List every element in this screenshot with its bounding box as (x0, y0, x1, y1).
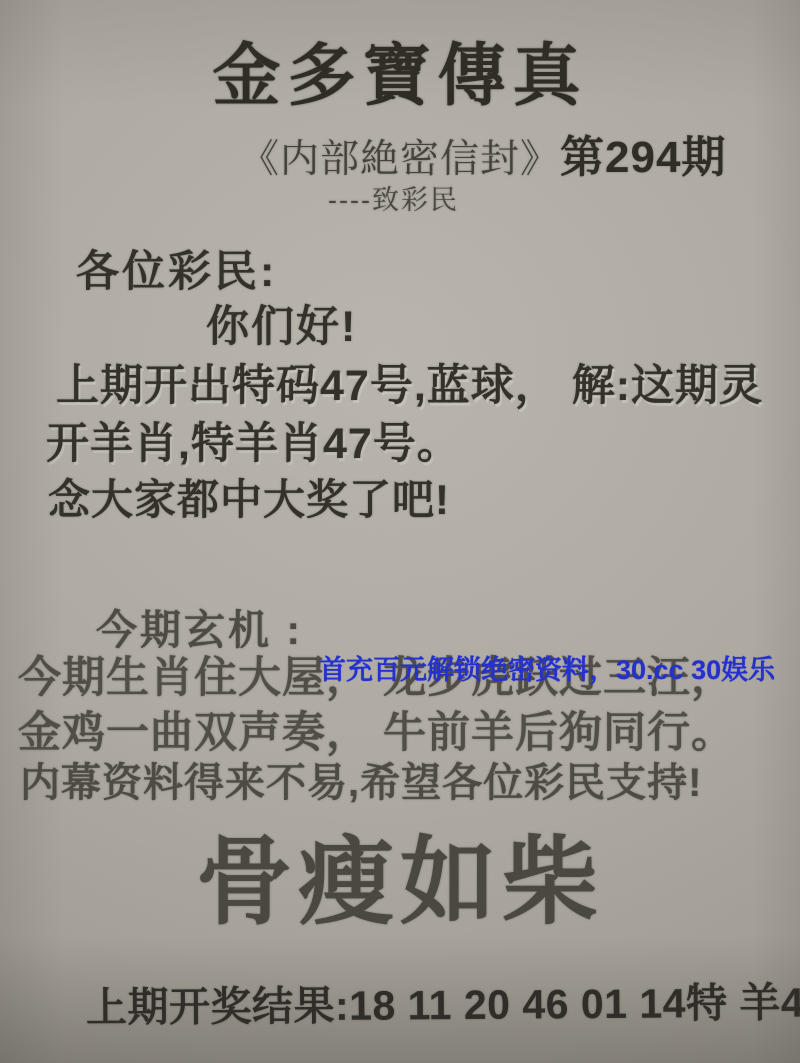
last-draw-results: 上期开奖结果:18 11 20 46 01 14特 羊47 (86, 969, 800, 1033)
page-title: 金多寶傳真 (0, 22, 800, 119)
answer-word: 骨瘦如柴 (0, 806, 800, 943)
greeting-hello: 你们好! (206, 293, 357, 354)
blue-overlay-ad-text: 首充百元解锁绝密资料，30.cc 30娱乐 (319, 648, 775, 687)
salutation: 各位彩民: (76, 238, 277, 299)
previous-draw-line-3: 念大家都中大奖了吧! (48, 467, 450, 527)
issue-line: 《内部絶密信封》第294期 (240, 121, 726, 185)
mystery-poem-line-3: 内幕资料得来不易,希望各位彩民支持! (20, 751, 702, 808)
previous-draw-line-1: 上期开出特码47号,蓝球， 解:这期灵 (56, 352, 763, 413)
dedication-line: ----致彩民 (328, 178, 459, 217)
previous-draw-line-2: 开羊肖,特羊肖47号。 (46, 410, 461, 471)
envelope-label: 《内部絶密信封》 (240, 138, 560, 181)
issue-number: 第294期 (560, 133, 726, 182)
fax-flyer-photo: 金多寶傳真 《内部絶密信封》第294期 ----致彩民 各位彩民: 你们好! 上… (0, 0, 800, 1063)
